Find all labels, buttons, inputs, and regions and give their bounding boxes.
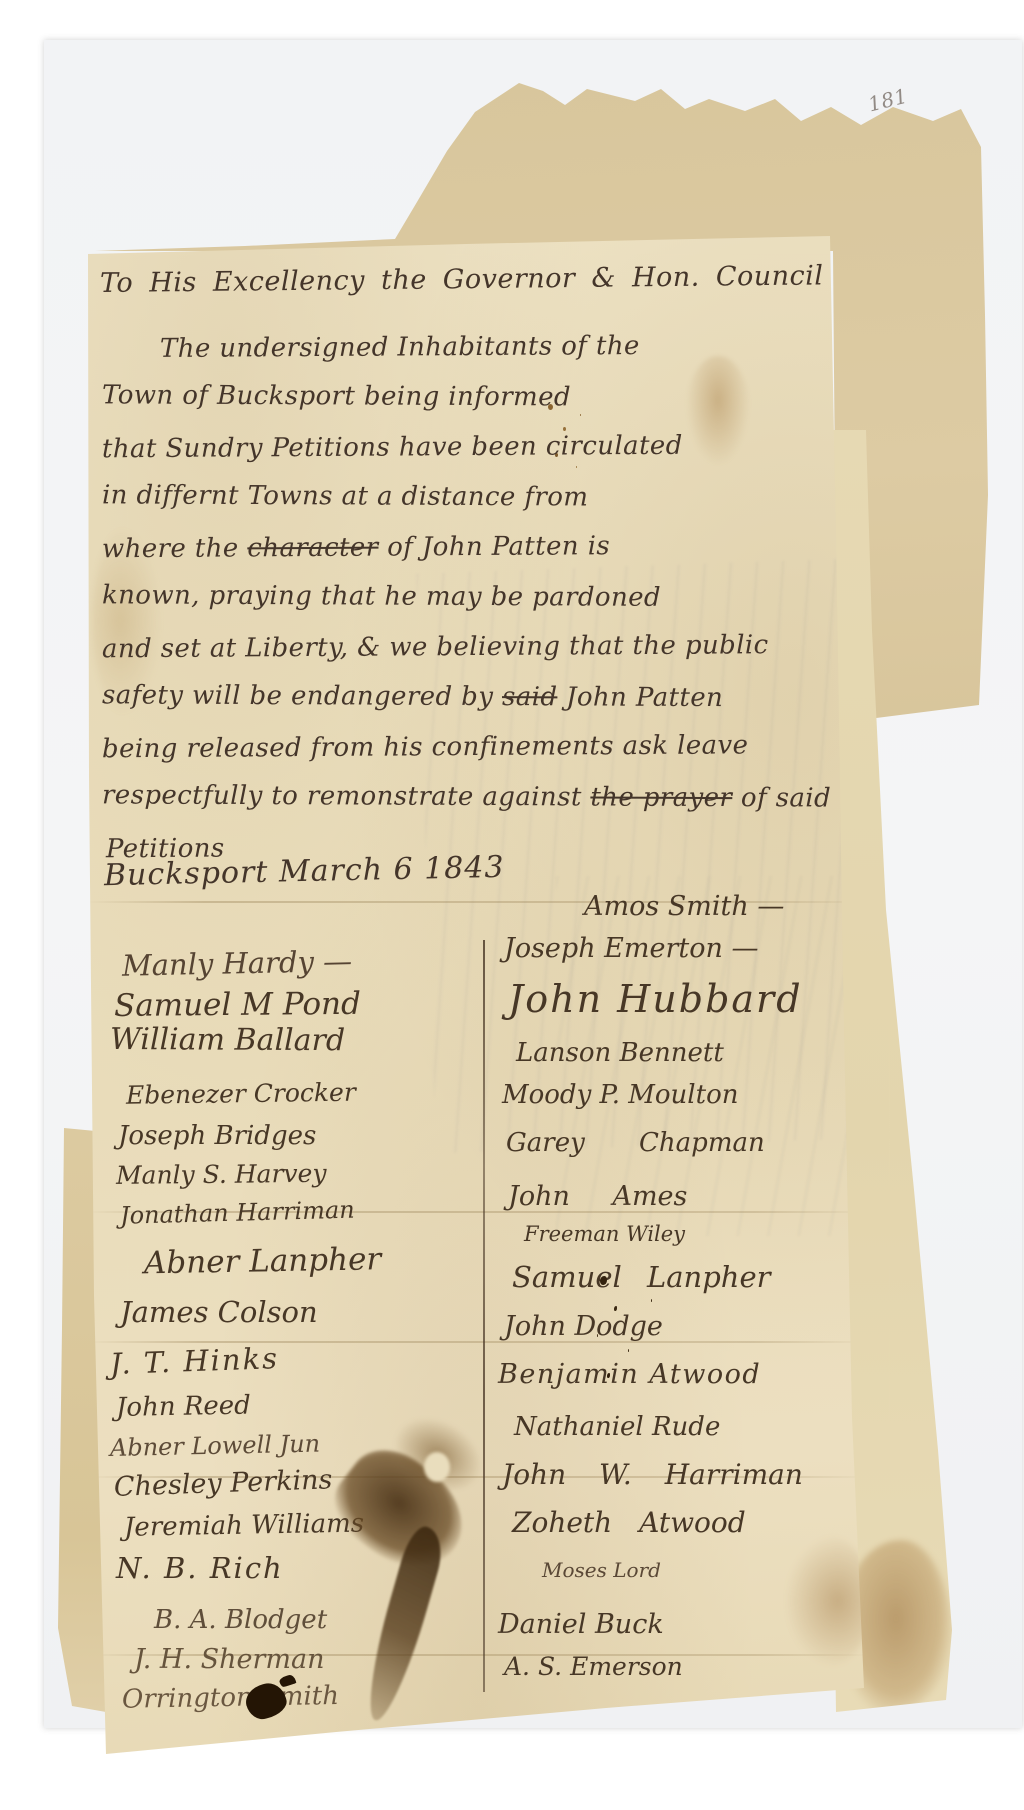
signature: Garey Chapman <box>498 1116 870 1170</box>
petition-text-segment: safety will be endangered by <box>102 680 502 712</box>
signature: Amos Smith — <box>498 886 870 928</box>
signature: William Ballard <box>110 1020 476 1062</box>
signature: Joseph Bridges <box>110 1116 476 1156</box>
signature: James Colson <box>110 1292 476 1332</box>
petition-line: where the character of John Patten is <box>102 520 852 575</box>
signature: Manly Hardy — <box>110 938 477 986</box>
signature: Zoheth Atwood <box>498 1502 870 1544</box>
petition-text-segment: that Sundry Petitions have been circulat… <box>102 431 683 465</box>
petition-line: that Sundry Petitions have been circulat… <box>102 420 852 475</box>
petition-text-segment: John Patten <box>557 682 723 713</box>
petition-line: being released from his confinements ask… <box>102 720 852 775</box>
petition-text-segment: of John Patten is <box>378 531 610 562</box>
petition-text-segment: respectfully to remonstrate against <box>102 780 591 812</box>
signature: Ebenezer Crocker <box>110 1071 477 1116</box>
petition-line: known, praying that he may be pardoned <box>102 570 852 623</box>
petition-text-segment: The undersigned Inhabitants of the <box>160 331 640 364</box>
signature: John Hubbard <box>498 970 870 1028</box>
signature: Orrington Smith <box>110 1674 477 1720</box>
signature: J. T. Hinks <box>109 1331 476 1384</box>
signature: Moody P. Moulton <box>498 1074 870 1116</box>
salutation-line: To His Excellency the Governor & Hon. Co… <box>100 260 856 299</box>
petition-line: safety will be endangered by said John P… <box>102 670 852 723</box>
signature: John Dodge <box>498 1306 870 1348</box>
signature: Jonathan Harriman <box>109 1186 476 1236</box>
signature: John W. Harriman <box>498 1454 870 1496</box>
petition-line: in differnt Towns at a distance from <box>102 470 852 523</box>
signature: Freeman Wiley <box>498 1218 870 1250</box>
petition-text-segment: known, praying that he may be pardoned <box>102 580 661 612</box>
signature: Abner Lanpher <box>110 1238 477 1284</box>
petition-body: The undersigned Inhabitants of theTown o… <box>102 322 852 872</box>
signature: Benjamin Atwood <box>498 1354 870 1396</box>
petition-line: respectfully to remonstrate against the … <box>102 770 852 823</box>
signature: Samuel Lanpher <box>498 1256 870 1298</box>
petition-line: The undersigned Inhabitants of the <box>102 320 852 375</box>
petition-line: Town of Bucksport being informed <box>102 370 852 423</box>
petition-sheet: To His Excellency the Governor & Hon. Co… <box>86 236 872 1758</box>
signature: John Ames <box>498 1176 870 1218</box>
petition-text-segment: being released from his confinements ask… <box>102 730 749 764</box>
column-divider-rule <box>483 940 485 1692</box>
signature: Lanson Bennett <box>498 1032 870 1074</box>
struck-text: said <box>502 682 558 712</box>
petition-text-segment: of said <box>732 783 831 813</box>
signature: Joseph Emerton — <box>498 928 870 970</box>
petition-text-segment: in differnt Towns at a distance from <box>102 480 588 512</box>
ink-smear-gap <box>424 1452 450 1482</box>
petition-line: and set at Liberty, & we believing that … <box>102 620 852 675</box>
petition-text-segment: where the <box>102 533 247 564</box>
struck-text: the prayer <box>590 782 732 813</box>
struck-text: character <box>247 533 378 564</box>
scanned-document-canvas: 181 To His Excellency the Governor & Hon… <box>0 0 1024 1810</box>
signature: Nathaniel Rude <box>498 1406 870 1448</box>
signature-area: Manly Hardy —Samuel M PondWilliam Ballar… <box>86 884 872 1754</box>
petition-text-segment: and set at Liberty, & we believing that … <box>102 630 769 664</box>
petition-text-segment: Town of Bucksport being informed <box>102 380 571 412</box>
